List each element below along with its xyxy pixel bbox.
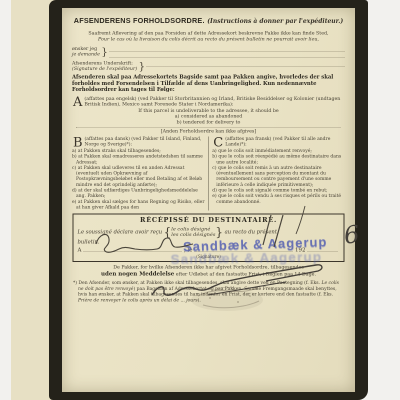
signature-block: Afsenderens Underskrift: (Signature de l… (72, 61, 345, 72)
receipt-brace-open: { (164, 225, 172, 239)
signature-brace: } (139, 61, 145, 72)
instruction-paragraph: Afsenderen skal paa Adressekortets Bagsi… (72, 74, 345, 93)
form-title: AFSENDERENS FORHOLDSORDRE. (Instructions… (71, 16, 346, 26)
fill-line (146, 61, 345, 67)
list-item: d) at der skal udfærdiges Uanbringelighe… (72, 188, 205, 199)
section-letter-a: A (73, 96, 82, 108)
section-b-header-text: (affattes paa dansk) (ved Pakker til Isl… (85, 137, 202, 148)
english-option-b: b) tendered for delivery to (71, 119, 346, 125)
sections-b-c-columns: B (affattes paa dansk) (ved Pakker til I… (72, 137, 345, 211)
receipt-line-end: au recto du présent (225, 229, 277, 235)
english-instruction: If this parcel is undeliverable to the a… (71, 108, 346, 125)
document-card: AFSENDERENS FORHOLDSORDRE. (Instructions… (62, 8, 355, 392)
request-brace: } (101, 46, 107, 57)
section-c-head: C (affattes paa fransk) (ved Pakker til … (212, 137, 345, 148)
notice-line-2: uden nogen Meddelelse efter Udløbet af d… (71, 271, 346, 278)
footnote-italic-2: Prière de renvoyer le colis après un dél… (78, 298, 198, 303)
request-labels: ønsker jeg je demande (72, 46, 100, 57)
list-item: c) que le colis soit remis à un autre de… (212, 165, 345, 188)
section-c: C (affattes paa fransk) (ved Pakker til … (209, 137, 345, 211)
section-a-head: A (affattes paa engelsk) (ved Pakker til… (72, 96, 345, 107)
section-a: A (affattes paa engelsk) (ved Pakker til… (71, 96, 346, 134)
list-item: b) at Pakken skal omadresseres andetsted… (72, 154, 205, 165)
signature-fill-lines (146, 61, 345, 67)
receipt-option-plural: les colis désignés (171, 232, 215, 238)
section-a-note: [Anden Forholdsordre kan ikke afgives] (71, 129, 346, 135)
form-title-danish: AFSENDERENS FORHOLDSORDRE. (74, 17, 205, 25)
section-b: B (affattes paa dansk) (ved Pakker til I… (72, 137, 209, 211)
section-letter-b: B (73, 137, 83, 149)
notice-paragraph: De Pakker, for hvilke Afsenderen ikke ha… (71, 265, 346, 278)
signature-labels: Afsenderens Underskrift: (Signature de l… (72, 61, 137, 72)
list-item: c) at Pakken skal udleveres til en anden… (72, 165, 205, 188)
receipt-brace-options: le colis désigné les colis désignés (171, 227, 215, 238)
signature-label-french: (Signature de l'expéditeur) (72, 66, 137, 72)
page-background: { "colors": { "card_bg": "#e9e2c4", "fra… (0, 0, 400, 400)
request-fill-lines (109, 46, 345, 58)
list-item: e) que le colis soit vendu à ses risques… (212, 194, 345, 205)
section-b-head: B (affattes paa dansk) (ved Pakker til I… (72, 137, 205, 148)
notice-bold: uden nogen Meddelelse (101, 270, 174, 277)
list-item: e) at Pakken skal sælges for hans Regnin… (72, 199, 205, 210)
request-block: ønsker jeg je demande } (72, 46, 345, 58)
place-label: A (78, 247, 82, 254)
section-letter-c: C (213, 137, 223, 149)
intro-paragraph: Saafremt Aflevering af den paa Forsiden … (74, 31, 343, 43)
notice-rest: efter Udløbet af den fastsatte Frist, i … (174, 271, 316, 277)
photo-frame: AFSENDERENS FORHOLDSORDRE. (Instructions… (49, 0, 368, 400)
footnote-part-1: *) Den Afsender, som ønsker, at Pakken i… (73, 281, 321, 286)
dotted-separator (76, 127, 341, 128)
footnote-paragraph: *) Den Afsender, som ønsker, at Pakken i… (73, 281, 344, 304)
receipt-line-start: Le soussigné déclare avoir reçu (78, 229, 163, 235)
intro-french: Pour le cas où la livraison du colis déc… (74, 37, 343, 43)
section-c-header-text: (affattes paa fransk) (ved Pakker til al… (225, 137, 330, 148)
form-title-french: (Instructions à donner par l'expéditeur.… (207, 18, 343, 25)
request-label-french: je demande (72, 52, 100, 58)
list-item: b) que le colis soit réexpédié au même d… (212, 154, 345, 165)
section-a-header: (affattes paa engelsk) (ved Pakker til S… (84, 96, 340, 107)
document-card-content: AFSENDERENS FORHOLDSORDRE. (Instructions… (62, 8, 355, 392)
fill-line (109, 52, 345, 58)
place-fill-line (83, 247, 182, 253)
footnote-part-3: ). (198, 298, 201, 303)
receipt-title: RÉCÉPISSÉ DU DESTINATAIRE. (78, 217, 340, 225)
